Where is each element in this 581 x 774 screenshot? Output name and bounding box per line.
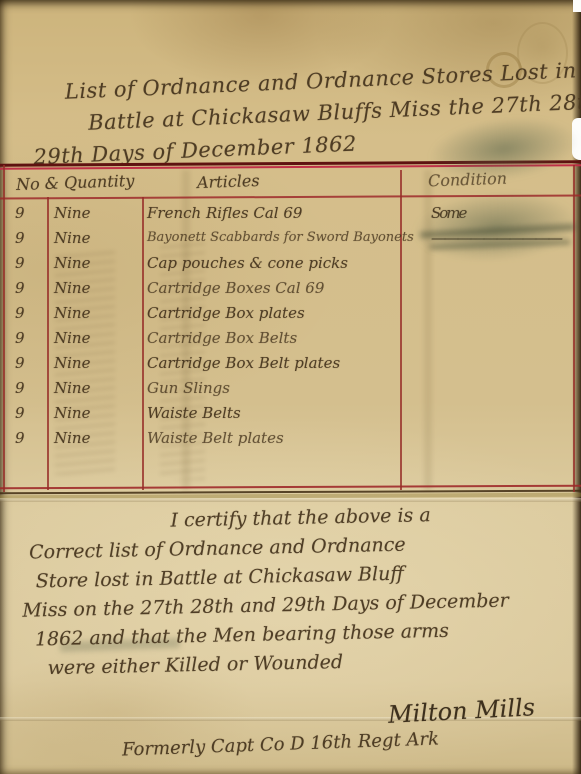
cell-number: 9: [0, 429, 44, 447]
table-row: 9 Nine Cartridge Boxes Cal 69: [0, 275, 575, 300]
cell-article: Gun Slings: [139, 379, 401, 397]
cell-number: 9: [0, 279, 44, 297]
cell-quantity: Nine: [44, 254, 139, 272]
cell-quantity: Nine: [44, 304, 139, 322]
cell-quantity: Nine: [44, 429, 139, 447]
cell-article: Waiste Belt plates: [139, 429, 401, 447]
cell-number: 9: [0, 329, 44, 347]
cell-number: 9: [0, 229, 44, 247]
cell-article: Waiste Belts: [139, 404, 401, 422]
cell-quantity: Nine: [44, 354, 139, 372]
cell-quantity: Nine: [44, 379, 139, 397]
table-row: 9 Nine Gun Slings: [0, 375, 575, 400]
cell-number: 9: [0, 404, 44, 422]
table-row: 9 Nine Waiste Belt plates: [0, 425, 575, 450]
paper-tear-corner: [573, 0, 581, 12]
cell-number: 9: [0, 204, 44, 222]
cell-number: 9: [0, 254, 44, 272]
document-page: List of Ordnance and Ordnance Stores Los…: [0, 0, 581, 774]
table-row: 9 Nine Waiste Belts: [0, 400, 575, 425]
cell-number: 9: [0, 354, 44, 372]
cell-article: French Rifles Cal 69: [139, 204, 401, 222]
cell-article: Bayonett Scabbards for Sword Bayonets: [139, 230, 401, 245]
cell-article: Cap pouches & cone picks: [139, 254, 401, 272]
table-row: 9 Nine Cartridge Box plates: [0, 300, 575, 325]
table-row: 9 Nine Cartridge Box Belt plates: [0, 350, 575, 375]
cell-number: 9: [0, 304, 44, 322]
table-row: 9 Nine Cartridge Box Belts: [0, 325, 575, 350]
cell-quantity: Nine: [44, 279, 139, 297]
cell-quantity: Nine: [44, 404, 139, 422]
ruled-line-bottom: [0, 485, 581, 490]
cell-article: Cartridge Box Belt plates: [139, 354, 401, 372]
cell-article: Cartridge Box Belts: [139, 329, 401, 347]
cell-number: 9: [0, 379, 44, 397]
signature-title: Formerly Capt Co D 16th Regt Ark: [122, 728, 440, 760]
signature-name: Milton Mills: [387, 693, 535, 729]
cell-article: Cartridge Box plates: [139, 304, 401, 322]
cell-quantity: Nine: [44, 229, 139, 247]
cell-quantity: Nine: [44, 329, 139, 347]
certification-paragraph: I certify that the above is a Correct li…: [20, 498, 569, 683]
header-articles: Articles: [197, 171, 260, 192]
header-no-quantity: No & Quantity: [16, 171, 135, 194]
cell-quantity: Nine: [44, 204, 139, 222]
cell-article: Cartridge Boxes Cal 69: [139, 279, 401, 297]
